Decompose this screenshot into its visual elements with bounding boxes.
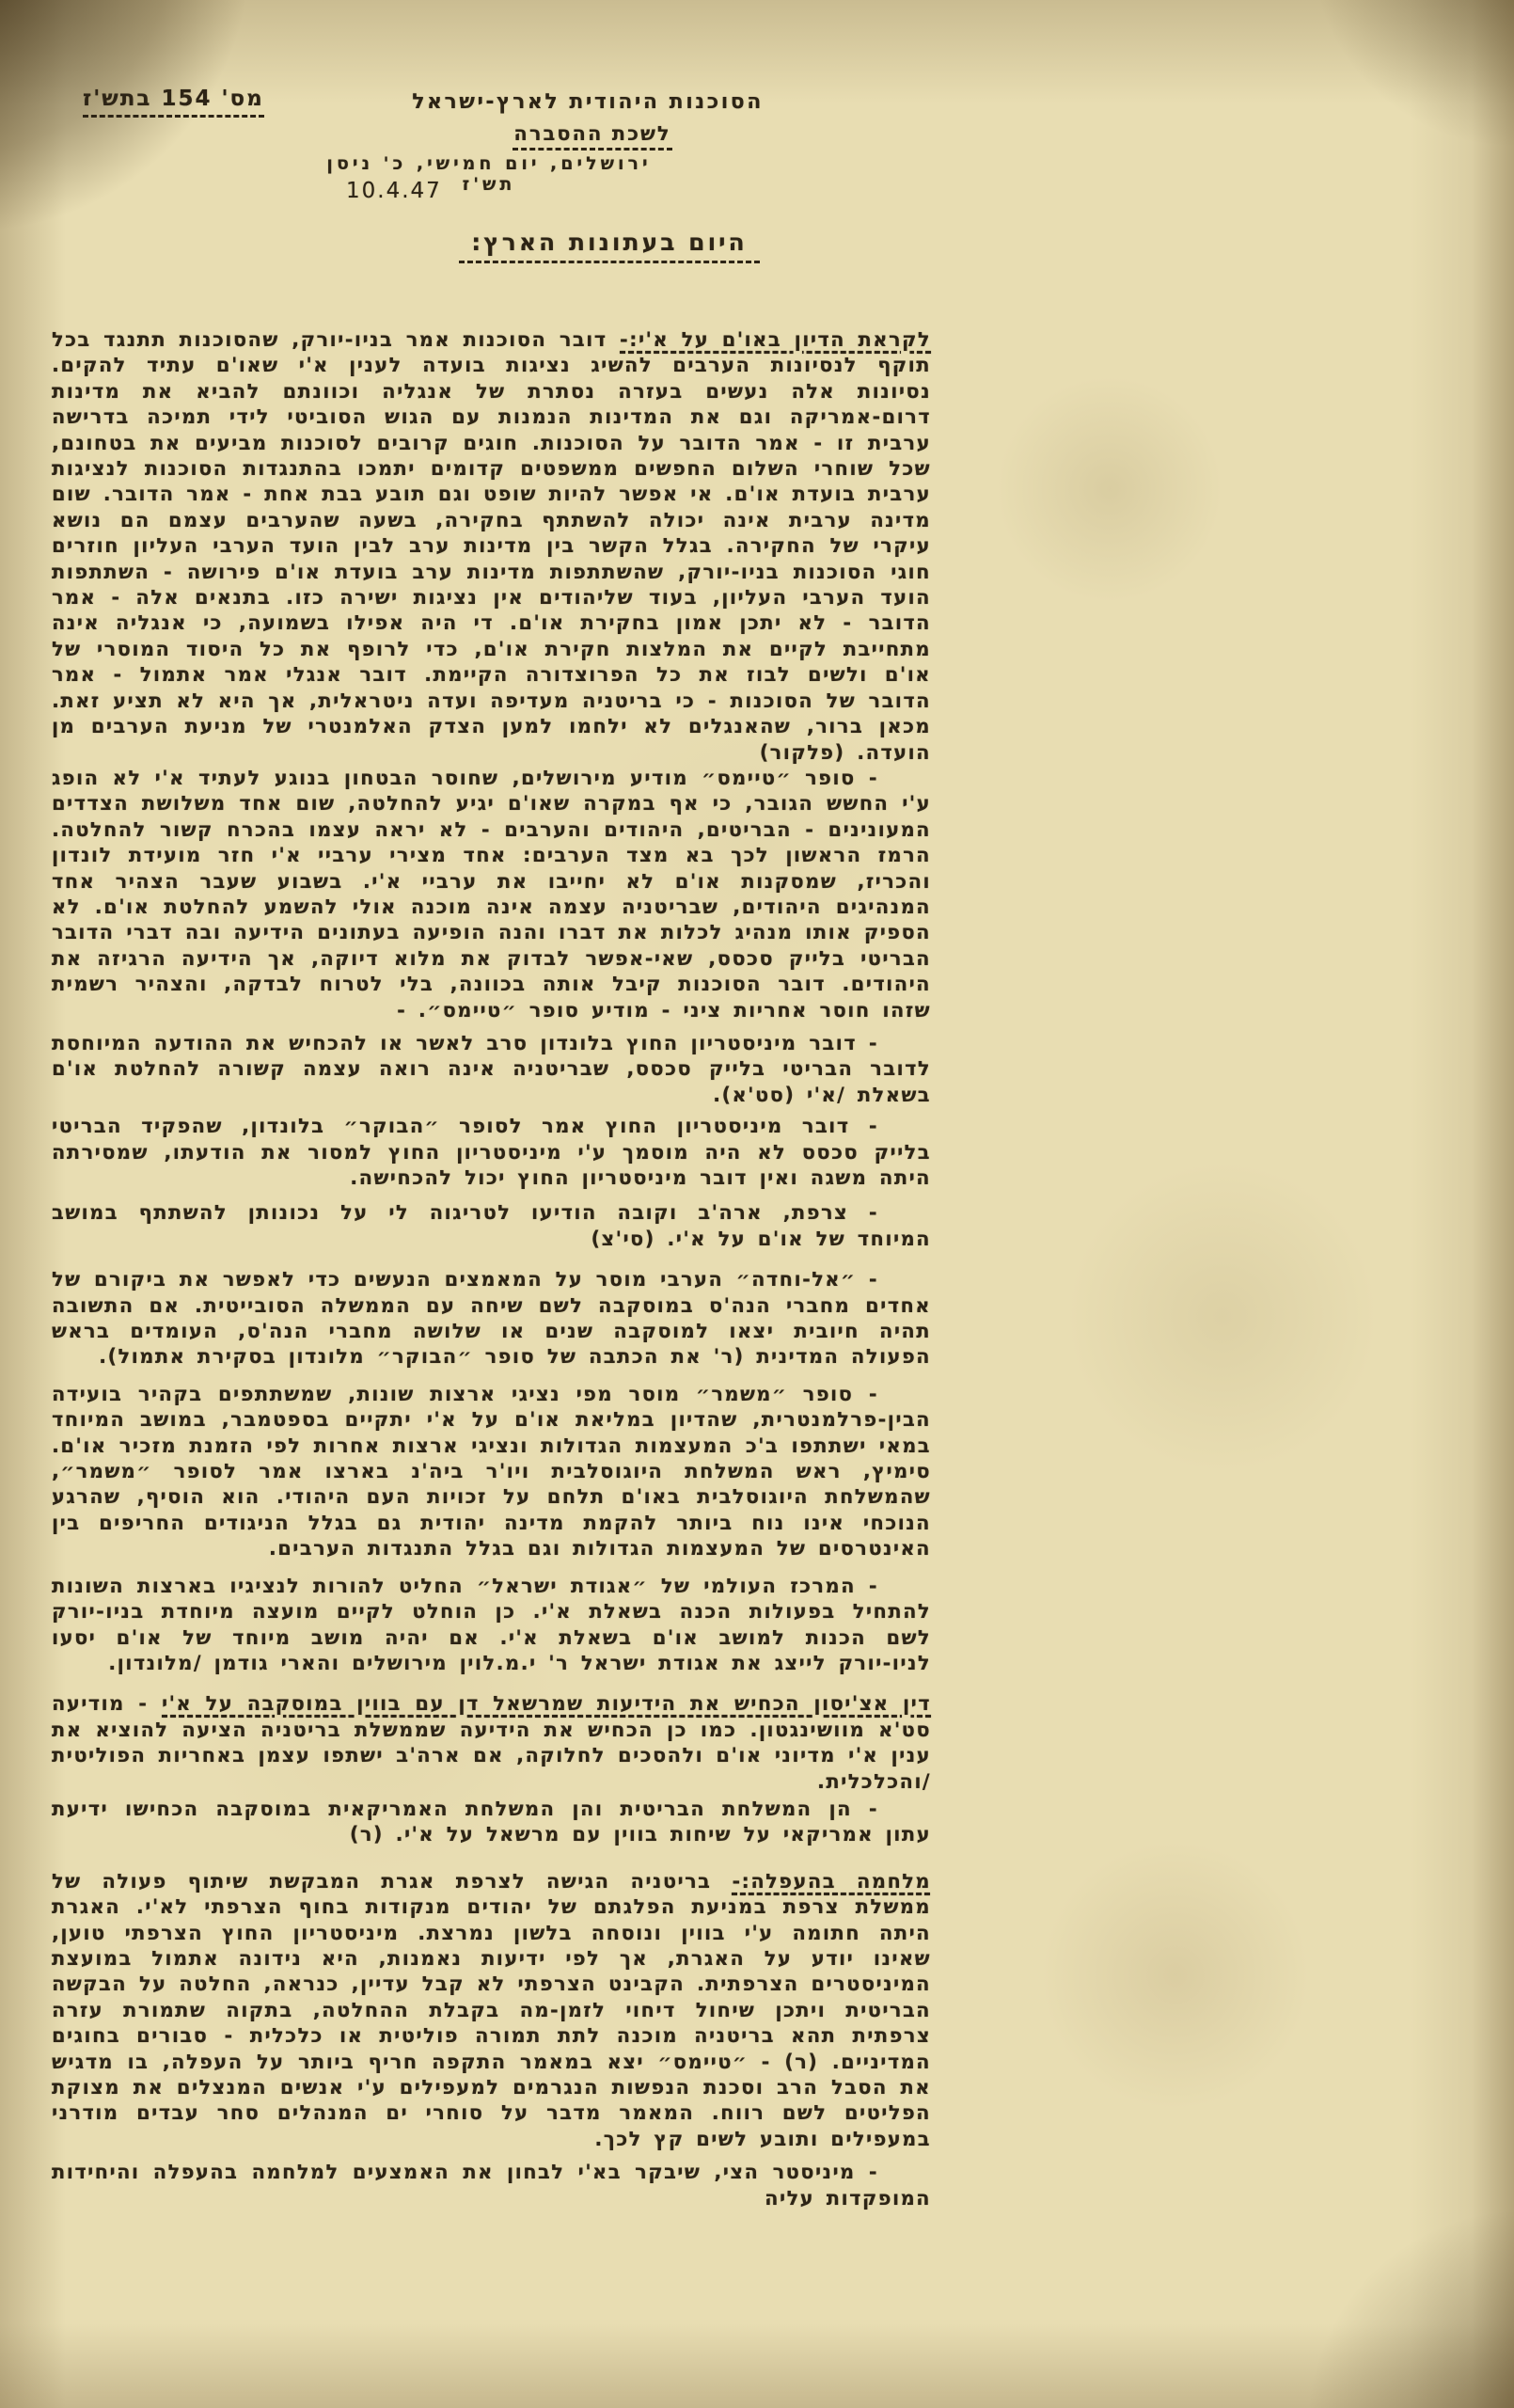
paragraph: - צרפת, ארה'ב וקובה הודיעו לטריגוה לי על… — [52, 1200, 931, 1252]
paragraph-lead: דין אצ'יסון הכחיש את הידיעות שמרשאל דן ע… — [162, 1692, 931, 1715]
paragraph-lead: מלחמה בהעפלה:- — [732, 1870, 931, 1893]
document-body: לקראת הדיון באו'ם על א'י:- דובר הסוכנות … — [52, 327, 931, 2211]
paragraph: לקראת הדיון באו'ם על א'י:- דובר הסוכנות … — [52, 327, 931, 766]
paper-corner-shadow — [1119, 0, 1514, 282]
paragraph: - ״אל-וחדה״ הערבי מוסר על המאמצים הנעשים… — [52, 1267, 931, 1370]
document-page: מס' 154 בתש'ז הסוכנות היהודית לארץ-ישראל… — [0, 0, 1514, 2408]
paragraph: - דובר מיניסטריון החוץ בלונדון סרב לאשר … — [52, 1031, 931, 1108]
paragraph: - הן המשלחת הבריטית והן המשלחת האמריקאית… — [52, 1797, 931, 1848]
paragraph-lead: לקראת הדיון באו'ם על א'י:- — [620, 328, 931, 351]
paragraph: - סופר ״משמר״ מוסר מפי נציגי ארצות שונות… — [52, 1382, 931, 1562]
paper-corner-shadow — [1119, 2069, 1514, 2408]
issue-number: מס' 154 בתש'ז — [83, 87, 264, 118]
paragraph: - המרכז העולמי של ״אגודת ישראל״ החליט לה… — [52, 1574, 931, 1677]
paragraph: מלחמה בהעפלה:- בריטניה הגישה לצרפת אגרת … — [52, 1869, 931, 2152]
paragraph: - מיניסטר הצי, שיבקר בא'י לבחון את האמצע… — [52, 2160, 931, 2211]
organization-name: הסוכנות היהודית לארץ-ישראל — [400, 90, 776, 114]
paragraph: דין אצ'יסון הכחיש את הידיעות שמרשאל דן ע… — [52, 1691, 931, 1795]
date: 10.4.47 — [346, 179, 442, 203]
paragraph: - סופר ״טיימס״ מודיע מירושלים, שחוסר הבט… — [52, 766, 931, 1023]
page-title: היום בעתונות הארץ: — [459, 229, 760, 263]
department-name: לשכת ההסברה — [513, 122, 672, 150]
paragraph: - דובר מיניסטריון החוץ אמר לסופר ״הבוקר״… — [52, 1114, 931, 1191]
